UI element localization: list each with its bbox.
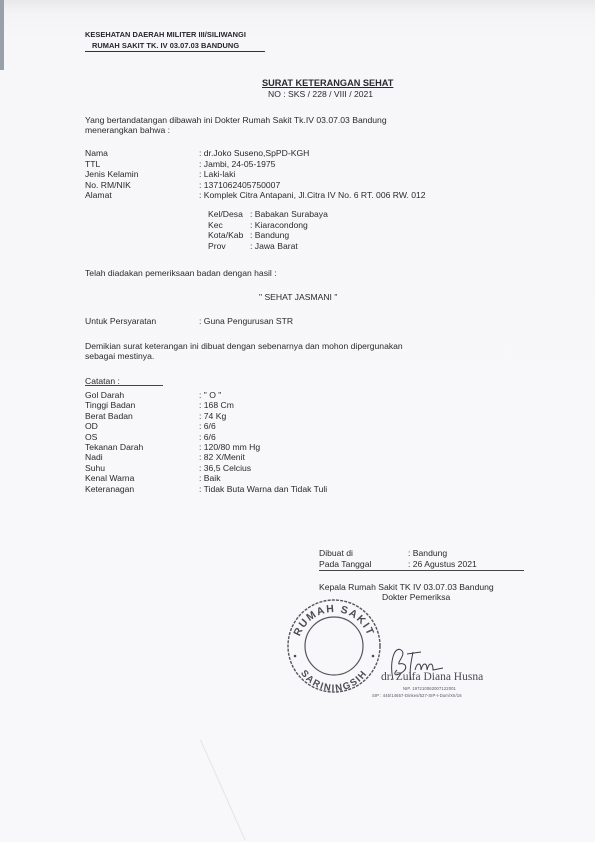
- note-field-value: : 36,5 Celcius: [199, 463, 251, 473]
- place-label: Dibuat di: [319, 548, 353, 558]
- address-field-value: : Kiaracondong: [250, 220, 308, 230]
- address-field-label: Prov: [208, 241, 226, 251]
- identity-field-value: : Jambi, 24-05-1975: [199, 159, 275, 169]
- note-field-label: Keteranagan: [85, 484, 134, 494]
- exam-result: " SEHAT JASMANI ": [259, 292, 337, 302]
- note-field-label: Kenal Warna: [85, 473, 134, 483]
- note-field-value: : 168 Cm: [199, 400, 234, 410]
- paper-crease: [200, 740, 246, 841]
- place-value: : Bandung: [408, 548, 447, 558]
- date-underline: [319, 570, 524, 571]
- document-title: SURAT KETERANGAN SEHAT: [262, 78, 393, 88]
- identity-field-value: : dr.Joko Suseno,SpPD-KGH: [199, 148, 309, 158]
- note-field-label: Tekanan Darah: [85, 442, 143, 452]
- note-field-label: Suhu: [85, 463, 105, 473]
- note-field-value: : 120/80 mm Hg: [199, 442, 260, 452]
- intro-line-1: Yang bertandatangan dibawah ini Dokter R…: [85, 115, 387, 125]
- doctor-name: dr. Zulfa Diana Husna: [381, 671, 483, 683]
- identity-field-value: : Komplek Citra Antapani, Jl.Citra IV No…: [199, 190, 426, 200]
- note-field-label: OS: [85, 432, 97, 442]
- address-field-label: Kota/Kab: [208, 230, 243, 240]
- identity-field-label: TTL: [85, 159, 100, 169]
- address-field-value: : Jawa Barat: [250, 241, 298, 251]
- address-field-label: Kel/Desa: [208, 209, 243, 219]
- date-label: Pada Tanggal: [319, 559, 371, 569]
- note-field-value: : 82 X/Menit: [199, 452, 245, 462]
- doctor-nip: NIP. 197210062007122001: [403, 686, 456, 691]
- note-field-value: : 6/6: [199, 432, 216, 442]
- signatory-role: Dokter Pemeriksa: [382, 592, 450, 602]
- note-field-label: Tinggi Badan: [85, 400, 135, 410]
- header-institution: KESEHATAN DAERAH MILITER III/SILIWANGI: [85, 30, 246, 40]
- identity-field-value: : Laki-laki: [199, 169, 235, 179]
- identity-field-label: Nama: [85, 148, 108, 158]
- address-field-label: Kec: [208, 220, 223, 230]
- document-number: NO : SKS / 228 / VIII / 2021: [268, 89, 373, 99]
- note-field-value: : " O ": [199, 390, 221, 400]
- svg-text:SARININGSIH: SARININGSIH: [298, 668, 370, 694]
- note-field-label: OD: [85, 421, 98, 431]
- date-value: : 26 Agustus 2021: [408, 559, 477, 569]
- purpose-value: : Guna Pengurusan STR: [199, 316, 293, 326]
- identity-field-label: Alamat: [85, 190, 112, 200]
- document-page: KESEHATAN DAERAH MILITER III/SILIWANGI R…: [0, 0, 595, 842]
- note-field-label: Berat Badan: [85, 411, 133, 421]
- note-field-label: Gol Darah: [85, 390, 124, 400]
- exam-statement: Telah diadakan pemeriksaan badan dengan …: [85, 268, 277, 278]
- note-field-value: : 74 Kg: [199, 411, 226, 421]
- doctor-sip: SIP : 445/14657-Dinkes/527-SIP-I-Dum/XII…: [372, 693, 462, 698]
- note-field-label: Nadi: [85, 452, 103, 462]
- note-field-value: : 6/6: [199, 421, 216, 431]
- closing-line-2: sebagai mestinya.: [85, 351, 154, 361]
- signatory-position: Kepala Rumah Sakit TK IV 03.07.03 Bandun…: [319, 582, 494, 592]
- scan-edge: [0, 0, 4, 70]
- hospital-stamp-icon: RUMAH SAKIT SARININGSIH: [284, 596, 384, 696]
- header-hospital: RUMAH SAKIT TK. IV 03.07.03 BANDUNG: [92, 41, 239, 51]
- purpose-label: Untuk Persyaratan: [85, 316, 156, 326]
- note-field-value: : Tidak Buta Warna dan Tidak Tuli: [199, 484, 327, 494]
- header-underline: [85, 51, 265, 52]
- identity-field-label: Jenis Kelamin: [85, 169, 139, 179]
- identity-field-value: : 1371062405750007: [199, 180, 280, 190]
- address-field-value: : Bandung: [250, 230, 289, 240]
- intro-line-2: menerangkan bahwa :: [85, 125, 170, 135]
- address-field-value: : Babakan Surabaya: [250, 209, 328, 219]
- note-field-value: : Baik: [199, 473, 221, 483]
- closing-line-1: Demikian surat keterangan ini dibuat den…: [85, 341, 403, 351]
- svg-text:RUMAH SAKIT: RUMAH SAKIT: [291, 603, 376, 638]
- notes-underline: [85, 385, 163, 386]
- identity-field-label: No. RM/NIK: [85, 180, 131, 190]
